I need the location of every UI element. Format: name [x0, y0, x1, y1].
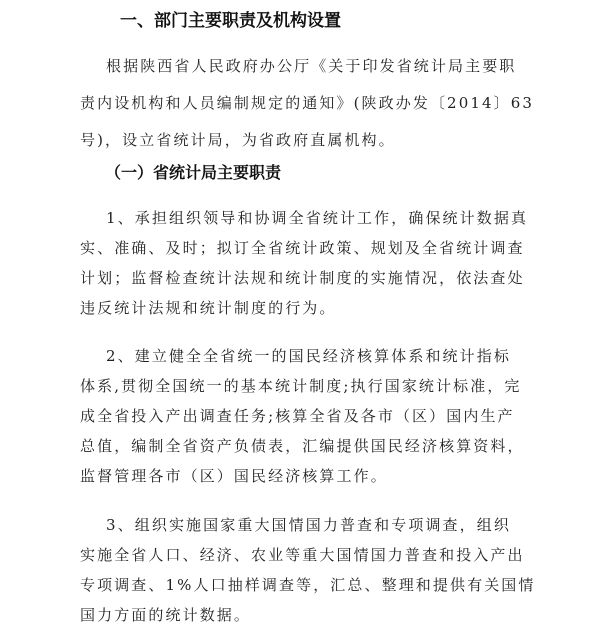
paragraph-line: 监督管理各市（区）国民经济核算工作。 — [80, 466, 388, 486]
paragraph-line: 1、承担组织领导和协调全省统计工作，确保统计数据真 — [106, 208, 528, 228]
section-heading: 一、部门主要职责及机构设置 — [120, 6, 341, 31]
paragraph-line: 成全省投入产出调查任务;核算全省及各市（区）国内生产 — [80, 406, 515, 426]
paragraph-line: 2、建立健全全省统一的国民经济核算体系和统计指标 — [106, 346, 511, 366]
paragraph-line: 实施全省人口、经济、农业等重大国情国力普查和投入产出 — [80, 545, 525, 565]
paragraph-line: 国力方面的统计数据。 — [80, 605, 251, 625]
subsection-heading: （一）省统计局主要职责 — [105, 160, 281, 183]
paragraph-line: 3、组织实施国家重大国情国力普查和专项调查，组织 — [106, 515, 511, 535]
paragraph-line: 违反统计法规和统计制度的行为。 — [80, 298, 337, 318]
paragraph-line: 号)，设立省统计局，为省政府直属机构。 — [80, 130, 396, 150]
paragraph-line: 责内设机构和人员编制规定的通知》(陕政办发〔2014〕63 — [80, 93, 534, 113]
paragraph-line: 总值，编制全省资产负债表，汇编提供国民经济核算资料， — [80, 436, 525, 456]
paragraph-line: 实、准确、及时；拟订全省统计政策、规划及全省统计调查 — [80, 238, 525, 258]
paragraph-line: 体系,贯彻全国统一的基本统计制度;执行国家统计标准，完 — [80, 376, 522, 396]
paragraph-line: 计划；监督检查统计法规和统计制度的实施情况，依法查处 — [80, 268, 525, 288]
document-page: 一、部门主要职责及机构设置 根据陕西省人民政府办公厅《关于印发省统计局主要职 责… — [0, 0, 592, 639]
paragraph-line: 专项调查、1%人口抽样调查等，汇总、整理和提供有关国情 — [80, 575, 536, 595]
paragraph-line: 根据陕西省人民政府办公厅《关于印发省统计局主要职 — [106, 56, 516, 76]
